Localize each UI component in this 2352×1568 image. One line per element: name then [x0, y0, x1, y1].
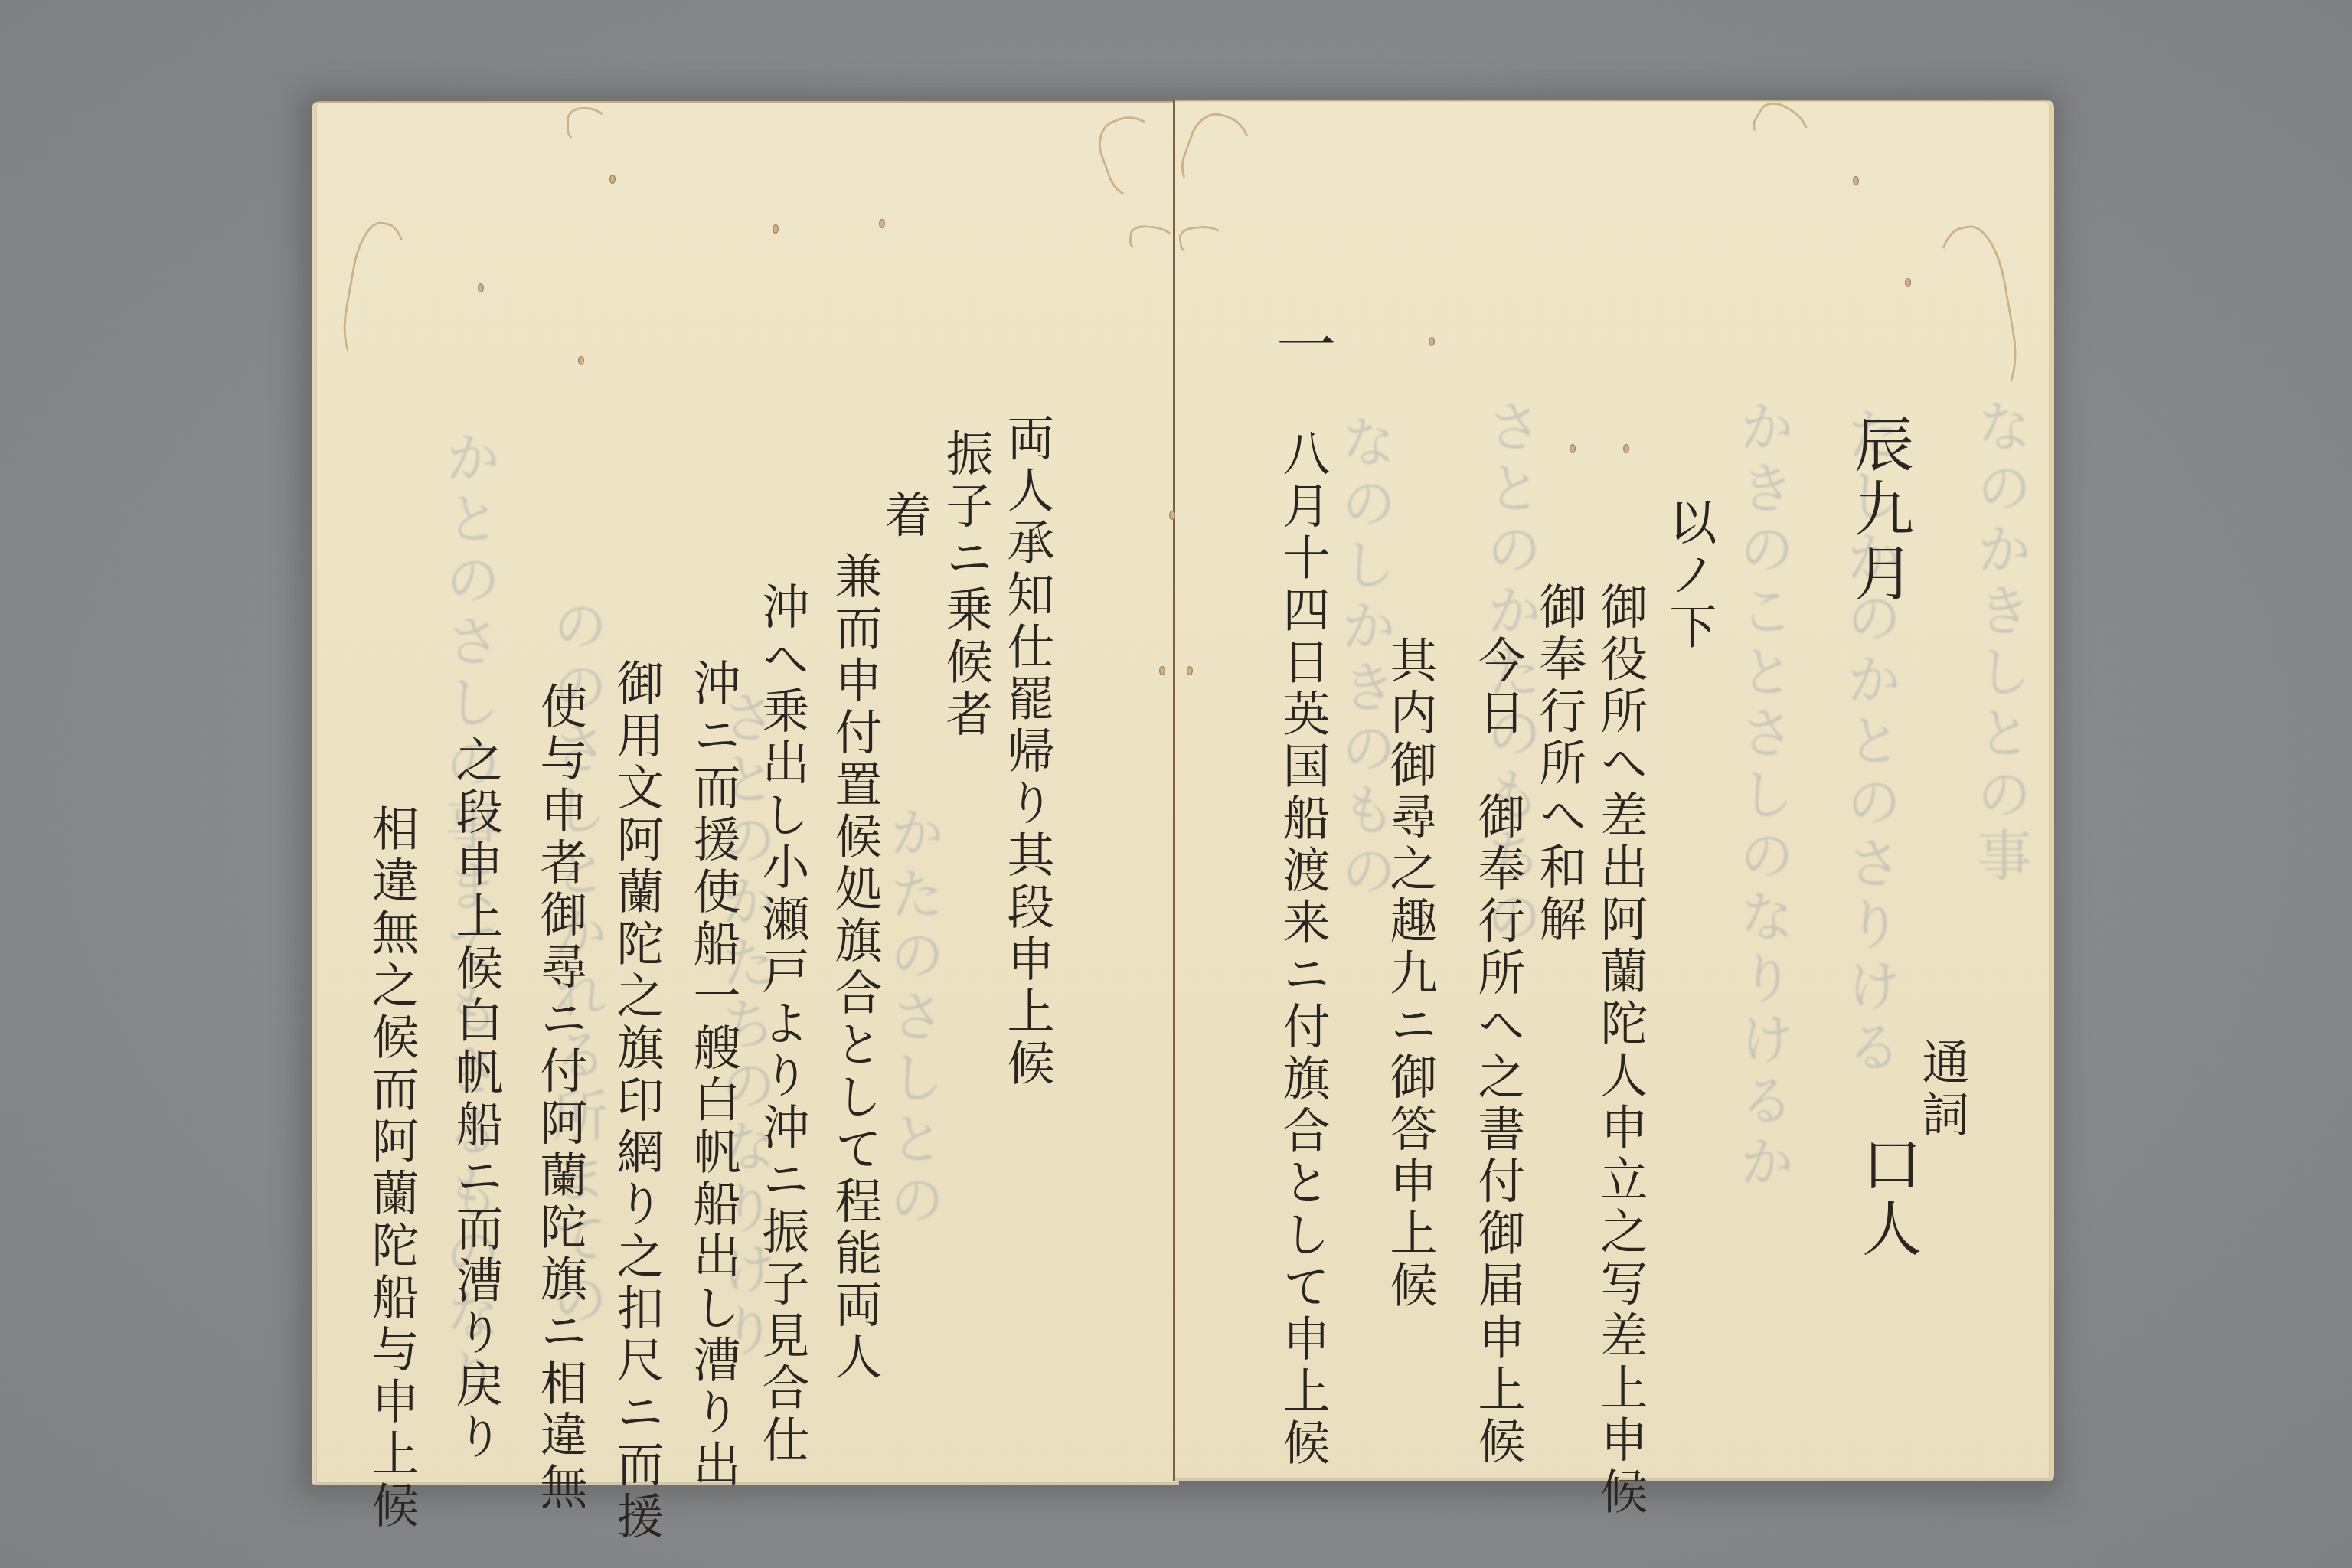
- text-column: 御用文阿蘭陀之旗印網り之扣尺ニ而援: [612, 658, 660, 1543]
- signature-title: 通詞: [1918, 1037, 1965, 1142]
- text-column: 御役所へ差出阿蘭陀人申立之写差上申候: [1596, 582, 1644, 1519]
- wormhole-icon: [578, 356, 584, 365]
- text-column: 両人承知仕罷帰り其段申上候: [1003, 413, 1050, 1090]
- signature-name: 口人: [1857, 1133, 1916, 1262]
- text-column: 沖ニ而援使船一艘白帆船出し漕り出: [689, 658, 737, 1491]
- text-column: 御奉行所へ和解: [1535, 582, 1583, 946]
- item-marker: 一: [1271, 314, 1331, 378]
- text-column: 之段申上候白帆船ニ而漕り戻り: [452, 735, 499, 1464]
- bleed-through-text: なのかきしとの事: [1960, 398, 2040, 1164]
- text-column: 振子ニ乗候者: [942, 429, 989, 741]
- text-column: 相違無之候而阿蘭陀船与申上候: [367, 804, 415, 1533]
- wormhole-icon: [773, 224, 779, 234]
- wormhole-icon: [879, 219, 885, 228]
- bleed-through-text: かたのさしとの: [873, 804, 952, 1340]
- text-column: 今日 御奉行所へ之書付御届申上候: [1474, 635, 1521, 1468]
- text-column: 使与申者御尋ニ付阿蘭陀旗ニ相違無: [536, 681, 583, 1514]
- text-column: 八月十四日英国船渡来ニ付旗合として申上候: [1279, 429, 1326, 1470]
- bleed-through-text: かきのことさしのなりけるか: [1723, 398, 1802, 1240]
- subheading: 以ノ下: [1665, 498, 1713, 654]
- text-column: 着: [880, 490, 928, 542]
- wormhole-icon: [609, 175, 616, 184]
- wormhole-icon: [1169, 511, 1175, 520]
- wormhole-icon: [1429, 337, 1435, 346]
- wormhole-icon: [1853, 176, 1859, 185]
- date-heading: 辰九月: [1849, 413, 1909, 606]
- text-column: 沖へ乗出し小瀬戸より沖ニ振子見合仕: [758, 582, 805, 1467]
- wormhole-trail-icon: [567, 107, 609, 142]
- wormhole-icon: [1905, 278, 1911, 287]
- wormhole-icon: [478, 283, 484, 292]
- wormhole-icon: [1159, 666, 1165, 675]
- text-column: 兼而申付置候処旗合として程能両人: [831, 551, 878, 1384]
- wormhole-icon: [1570, 444, 1576, 453]
- text-column: 其内御尋之趣九ニ御答申上候: [1386, 635, 1433, 1312]
- book-gutter: [1173, 100, 1175, 1481]
- wormhole-icon: [1187, 666, 1193, 675]
- wormhole-icon: [1623, 444, 1629, 453]
